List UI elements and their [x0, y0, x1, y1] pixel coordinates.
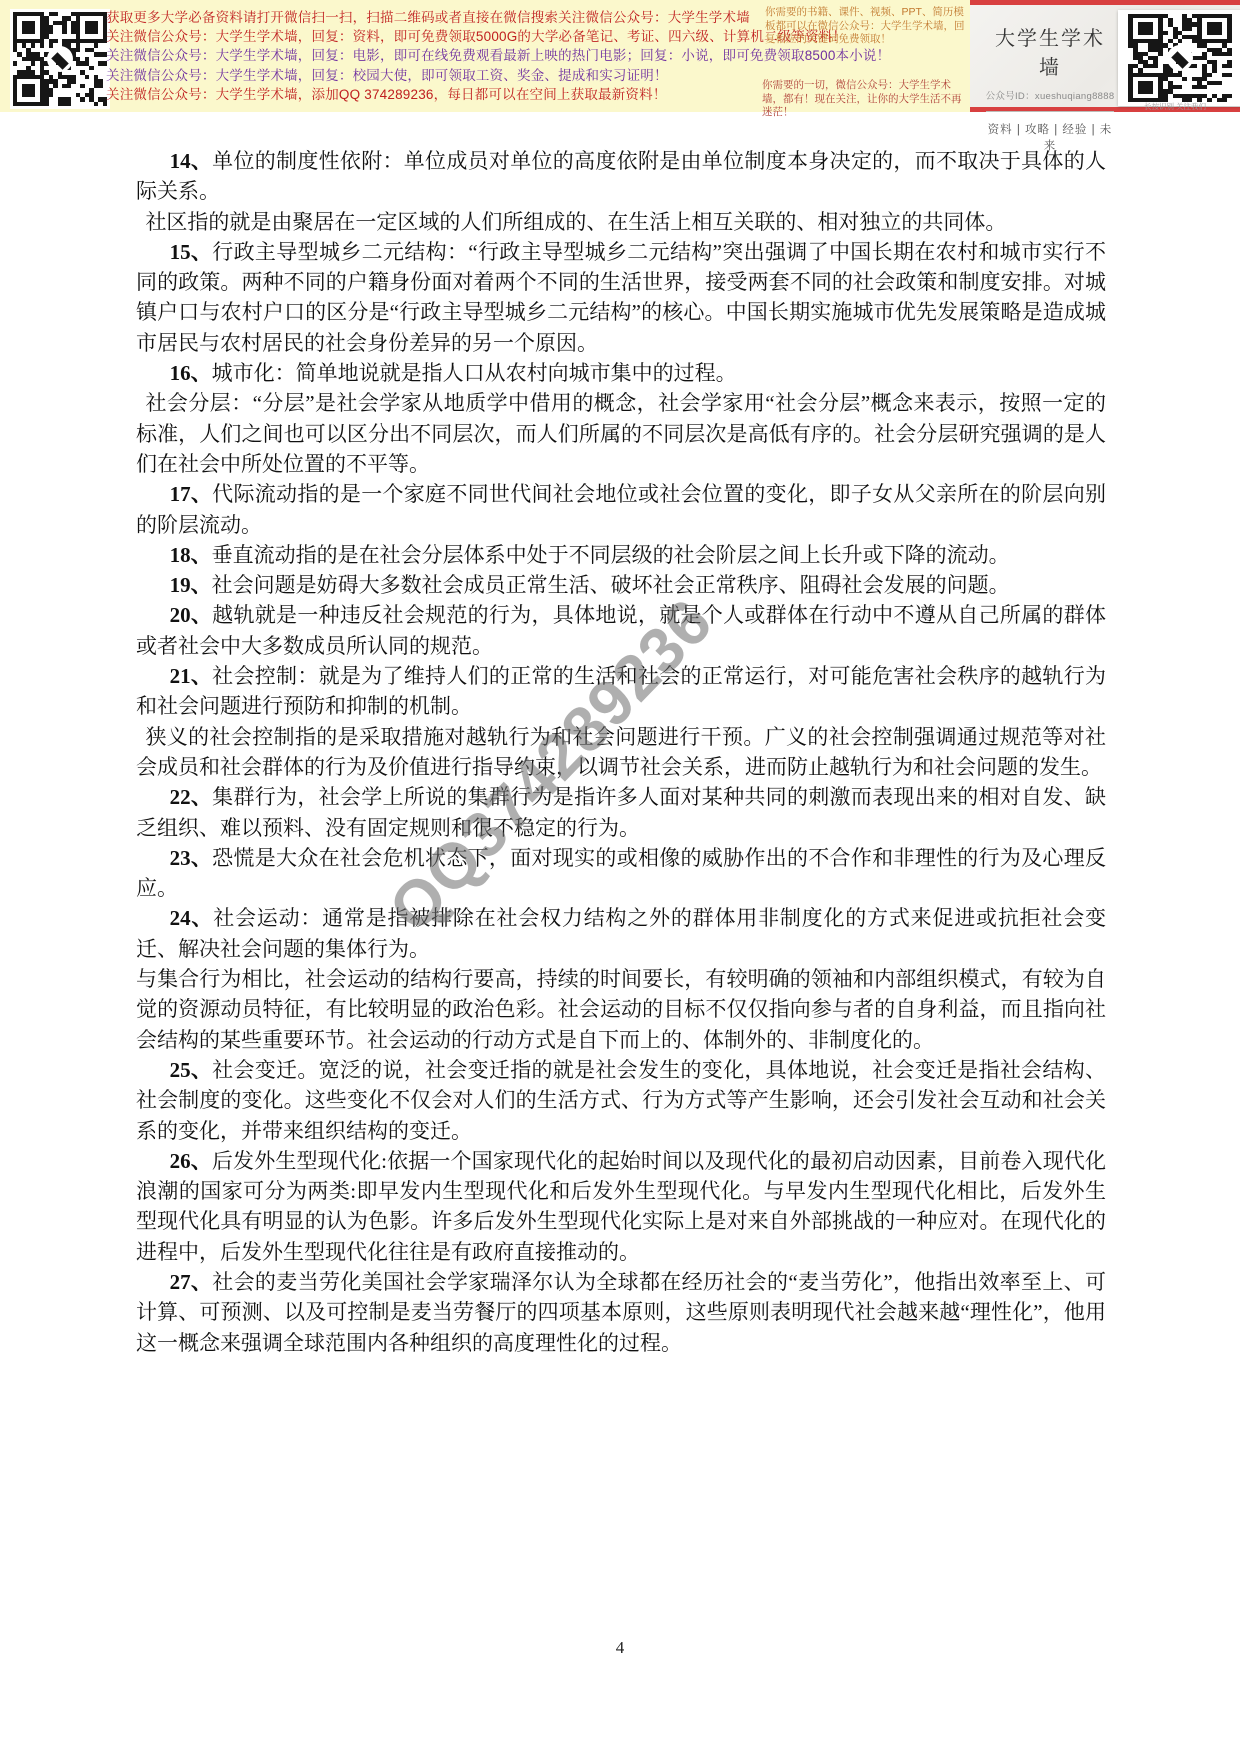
definition-text: 集群行为，社会学上所说的集群行为是指许多人面对某种共同的刺激而表现出来的相对自发…	[136, 785, 1106, 839]
item-number: 19、	[170, 573, 212, 597]
definition-paragraph: 17、代际流动指的是一个家庭不同世代间社会地位或社会位置的变化，即子女从父亲所在…	[136, 479, 1106, 540]
definition-text: 恐慌是大众在社会危机状态下，面对现实的或相像的威胁作出的不合作和非理性的行为及心…	[136, 846, 1106, 900]
item-number: 14、	[170, 149, 213, 173]
definition-paragraph: 狭义的社会控制指的是采取措施对越轨行为和社会问题进行干预。广义的社会控制强调通过…	[136, 722, 1106, 783]
item-number: 17、	[170, 482, 213, 506]
page-number: 4	[0, 1638, 1240, 1658]
item-number: 20、	[170, 603, 213, 627]
qr-caption: 长按识别 关注我们	[1118, 101, 1232, 112]
promo-line: 关注微信公众号：大学生学术墙，回复：资料，即可免费领取5000G的大学必备笔记、…	[106, 27, 846, 46]
definition-paragraph: 与集合行为相比，社会运动的结构行要高，持续的时间要长，有较明确的领袖和内部组织模…	[136, 964, 1106, 1055]
definition-paragraph: 15、行政主导型城乡二元结构：“行政主导型城乡二元结构”突出强调了中国长期在农村…	[136, 237, 1106, 358]
graduation-cap-icon	[1167, 45, 1193, 71]
graduation-cap-icon	[47, 46, 73, 72]
definition-paragraph: 25、社会变迁。宽泛的说，社会变迁指的就是社会发生的变化，具体地说，社会变迁是指…	[136, 1055, 1106, 1146]
definition-text: 社会的麦当劳化美国社会学家瑞泽尔认为全球都在经历社会的“麦当劳化”，他指出效率至…	[136, 1270, 1106, 1355]
definition-text: 社会运动：通常是指被排除在社会权力结构之外的群体用非制度化的方式来促进或抗拒社会…	[136, 906, 1106, 960]
item-number: 25、	[170, 1058, 213, 1082]
promo-line: 获取更多大学必备资料请打开微信扫一扫，扫描二维码或者直接在微信搜索关注微信公众号…	[106, 8, 846, 27]
item-number: 16、	[170, 361, 212, 385]
definition-text: 城市化：简单地说就是指人口从农村向城市集中的过程。	[212, 361, 737, 385]
item-number: 21、	[170, 664, 213, 688]
definition-paragraph: 14、单位的制度性依附：单位成员对单位的高度依附是由单位制度本身决定的，而不取决…	[136, 146, 1106, 207]
account-card-text: 大学生学术墙 公众号ID：xueshuqiang8888 资料 | 攻略 | 经…	[985, 22, 1115, 153]
document-page: 获取更多大学必备资料请打开微信扫一扫，扫描二维码或者直接在微信搜索关注微信公众号…	[0, 0, 1240, 1754]
definition-text: 狭义的社会控制指的是采取措施对越轨行为和社会问题进行干预。广义的社会控制强调通过…	[136, 725, 1106, 779]
account-qr-code	[1118, 10, 1240, 106]
definition-paragraph: 23、恐慌是大众在社会危机状态下，面对现实的或相像的威胁作出的不合作和非理性的行…	[136, 843, 1106, 904]
promo-line: 关注微信公众号：大学生学术墙，回复：校园大使，即可领取工资、奖金、提成和实习证明…	[106, 66, 846, 85]
red-strip-top	[970, 0, 1240, 5]
item-number: 24、	[170, 906, 214, 930]
promo-line: 关注微信公众号：大学生学术墙，添加QQ 374289236，每日都可以在空间上获…	[106, 85, 846, 104]
definition-text: 与集合行为相比，社会运动的结构行要高，持续的时间要长，有较明确的领袖和内部组织模…	[136, 967, 1106, 1052]
definition-text: 社会控制：就是为了维持人们的正常的生活和社会的正常运行，对可能危害社会秩序的越轨…	[136, 664, 1106, 718]
item-number: 23、	[170, 846, 213, 870]
definition-text: 垂直流动指的是在社会分层体系中处于不同层级的社会阶层之间上长升或下降的流动。	[212, 543, 1010, 567]
account-id: 公众号ID：xueshuqiang8888	[985, 88, 1115, 102]
definition-text: 越轨就是一种违反社会规范的行为，具体地说，就是个人或群体在行动中不遵从自己所属的…	[136, 603, 1106, 657]
definition-paragraph: 24、社会运动：通常是指被排除在社会权力结构之外的群体用非制度化的方式来促进或抗…	[136, 903, 1106, 964]
definition-text: 社会分层：“分层”是社会学家从地质学中借用的概念，社会学家用“社会分层”概念来表…	[136, 391, 1106, 476]
account-title: 大学生学术墙	[985, 22, 1115, 80]
promo-banner: 获取更多大学必备资料请打开微信扫一扫，扫描二维码或者直接在微信搜索关注微信公众号…	[0, 0, 1240, 112]
definition-paragraph: 18、垂直流动指的是在社会分层体系中处于不同层级的社会阶层之间上长升或下降的流动…	[136, 540, 1106, 570]
definition-paragraph: 16、城市化：简单地说就是指人口从农村向城市集中的过程。	[136, 358, 1106, 388]
definition-paragraph: 19、社会问题是妨碍大多数社会成员正常生活、破坏社会正常秩序、阻碍社会发展的问题…	[136, 570, 1106, 600]
item-number: 18、	[170, 543, 212, 567]
definition-paragraph: 20、越轨就是一种违反社会规范的行为，具体地说，就是个人或群体在行动中不遵从自己…	[136, 600, 1106, 661]
definition-text: 单位的制度性依附：单位成员对单位的高度依附是由单位制度本身决定的，而不取决于具体…	[136, 149, 1106, 203]
divider	[986, 111, 1114, 112]
definition-text: 后发外生型现代化:依据一个国家现代化的起始时间以及现代化的最初启动因素，目前卷入…	[136, 1149, 1106, 1264]
definition-text: 社会问题是妨碍大多数社会成员正常生活、破坏社会正常秩序、阻碍社会发展的问题。	[212, 573, 1010, 597]
definition-paragraph: 27、社会的麦当劳化美国社会学家瑞泽尔认为全球都在经历社会的“麦当劳化”，他指出…	[136, 1267, 1106, 1358]
side-note-bottom: 你需要的一切，微信公众号：大学生学术墙，都有！现在关注，让你的大学生活不再迷茫！	[762, 79, 967, 120]
definition-text: 社会变迁。宽泛的说，社会变迁指的就是社会发生的变化，具体地说，社会变迁是指社会结…	[136, 1058, 1106, 1143]
definition-paragraph: 26、后发外生型现代化:依据一个国家现代化的起始时间以及现代化的最初启动因素，目…	[136, 1146, 1106, 1267]
definitions-list: 14、单位的制度性依附：单位成员对单位的高度依附是由单位制度本身决定的，而不取决…	[136, 146, 1106, 1358]
item-number: 22、	[170, 785, 213, 809]
definition-paragraph: 社会分层：“分层”是社会学家从地质学中借用的概念，社会学家用“社会分层”概念来表…	[136, 388, 1106, 479]
item-number: 26、	[170, 1149, 212, 1173]
side-note-top: 你需要的书籍、课件、视频、PPT、简历模板都可以在微信公众号：大学生学术墙，回复…	[765, 6, 970, 47]
definition-paragraph: 21、社会控制：就是为了维持人们的正常的生活和社会的正常运行，对可能危害社会秩序…	[136, 661, 1106, 722]
definition-paragraph: 社区指的就是由聚居在一定区域的人们所组成的、在生活上相互关联的、相对独立的共同体…	[136, 207, 1106, 237]
item-number: 27、	[170, 1270, 213, 1294]
definition-text: 社区指的就是由聚居在一定区域的人们所组成的、在生活上相互关联的、相对独立的共同体…	[145, 210, 1006, 234]
definition-paragraph: 22、集群行为，社会学上所说的集群行为是指许多人面对某种共同的刺激而表现出来的相…	[136, 782, 1106, 843]
promo-text-lines: 获取更多大学必备资料请打开微信扫一扫，扫描二维码或者直接在微信搜索关注微信公众号…	[106, 8, 846, 104]
definition-text: 行政主导型城乡二元结构：“行政主导型城乡二元结构”突出强调了中国长期在农村和城市…	[136, 240, 1106, 355]
promo-line: 关注微信公众号：大学生学术墙，回复：电影，即可在线免费观看最新上映的热门电影；回…	[106, 46, 846, 65]
item-number: 15、	[170, 240, 213, 264]
definition-text: 代际流动指的是一个家庭不同世代间社会地位或社会位置的变化，即子女从父亲所在的阶层…	[136, 482, 1106, 536]
wechat-qr-code	[10, 9, 110, 109]
